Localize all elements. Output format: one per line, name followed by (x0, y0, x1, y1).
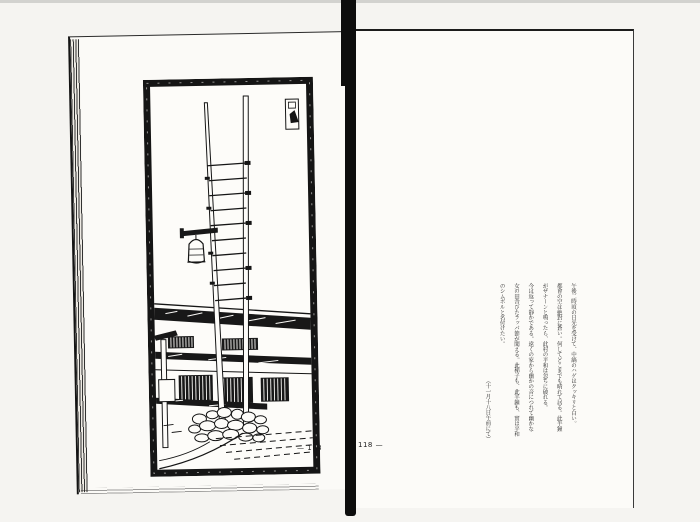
text-column-4: 今は返って靜かである。遠くの家から幽かの音につれて幽かな (526, 283, 532, 475)
text-column-2: 都會の空は絶對に蒼い。何してどこまでも晴れて居る。此半鐘 (555, 283, 561, 475)
right-page: 午後二時頃の日光を受けて、中縞のハゲはクッキリと白い。 都會の空は絶對に蒼い。何… (356, 29, 634, 508)
text-column-6: のシムボルと名付けたい。 (498, 283, 504, 475)
left-page-number: — 113 (297, 444, 322, 452)
book-spread-scan: 午後二時頃の日光を受けて、中縞のハゲはクッキリと白い。 都會の空は絶對に蒼い。何… (0, 0, 700, 522)
binding-spine (345, 0, 356, 516)
text-column-5: 女の田舎びたラッパ節が聞える。此梯子も、此半鐘も、實は平和 (512, 283, 518, 475)
woodblock-print (143, 77, 321, 477)
page-stack-edge (70, 39, 88, 492)
page-bottom-edge (81, 484, 319, 495)
right-page-number: 118 — (358, 441, 383, 449)
left-page (68, 31, 359, 494)
colophon-date: （十一月十八日午前にて） (484, 378, 490, 475)
artist-seal-icon (285, 99, 299, 129)
fire-ladder-print (143, 77, 321, 477)
text-column-1: 午後二時頃の日光を受けて、中縞のハゲはクッキリと白い。 (569, 283, 575, 475)
vertical-text-block: 午後二時頃の日光を受けて、中縞のハゲはクッキリと白い。 都會の空は絶對に蒼い。何… (475, 283, 575, 475)
text-column-3: がザナーンと鳴ったら、此村の平和は忽ちに破れる。 (541, 283, 547, 475)
